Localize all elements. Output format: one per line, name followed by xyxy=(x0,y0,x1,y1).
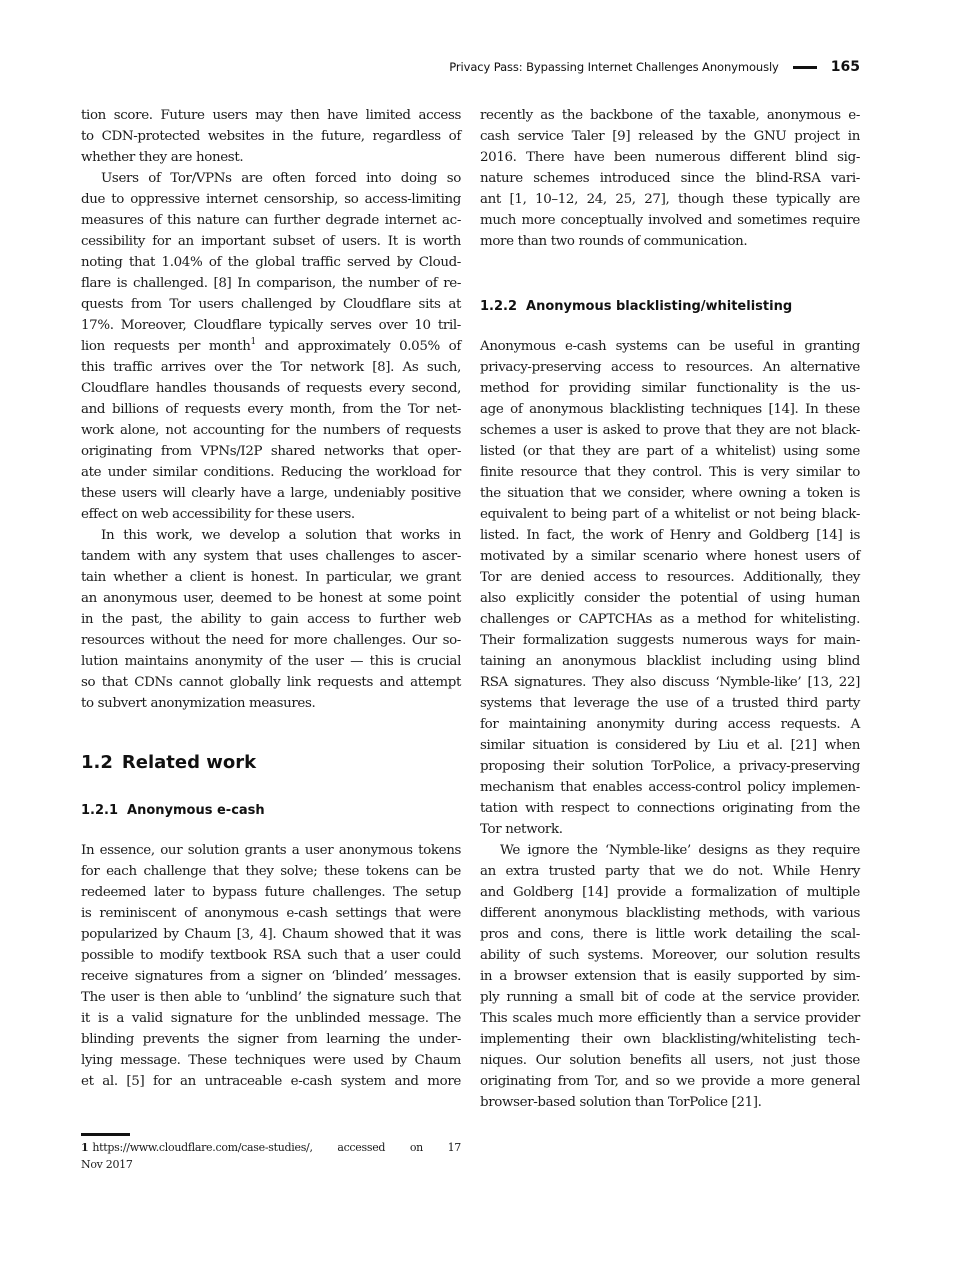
text-line: Anonymous e-cash systems can be useful i… xyxy=(480,336,860,357)
text-line: We ignore the ‘Nymble-like’ designs as t… xyxy=(480,840,860,861)
subsection-heading-anonymous-ecash: 1.2.1Anonymous e-cash xyxy=(81,800,265,821)
section-title: Related work xyxy=(122,752,256,773)
text-line: 17%. Moreover, Cloudflare typically serv… xyxy=(81,315,461,336)
text-line: it is a valid signature for the unblinde… xyxy=(81,1008,461,1029)
text-line: privacy-preserving access to resources. … xyxy=(480,357,860,378)
text-line: tain whether a client is honest. In part… xyxy=(81,567,461,588)
paragraph: In essence, our solution grants a user a… xyxy=(81,840,461,1092)
text-line: In essence, our solution grants a user a… xyxy=(81,840,461,861)
section-number: 1.2 xyxy=(81,752,113,773)
section-heading-related-work: 1.2Related work xyxy=(81,752,256,773)
text-line: systems that leverage the use of a trust… xyxy=(480,693,860,714)
text-line: due to oppressive internet censorship, s… xyxy=(81,189,461,210)
paragraph: In this work, we develop a solution that… xyxy=(81,525,461,714)
text-line: finite resource that they control. This … xyxy=(480,462,860,483)
text-line: Tor network. xyxy=(480,819,860,840)
text-line: and Goldberg [14] provide a formalizatio… xyxy=(480,882,860,903)
text-line: Their formalization suggests numerous wa… xyxy=(480,630,860,651)
text-line: Users of Tor/VPNs are often forced into … xyxy=(81,168,461,189)
page-number: 165 xyxy=(831,59,860,75)
text-line: popularized by Chaum [3, 4]. Chaum showe… xyxy=(81,924,461,945)
text-line: quests from Tor users challenged by Clou… xyxy=(81,294,461,315)
text-line: schemes a user is asked to prove that th… xyxy=(480,420,860,441)
subsection-number: 1.2.1 xyxy=(81,803,118,818)
text-line: 2016. There have been numerous different… xyxy=(480,147,860,168)
running-title: Privacy Pass: Bypassing Internet Challen… xyxy=(449,60,779,74)
subsection-number: 1.2.2 xyxy=(480,299,517,314)
text-line: taining an anonymous blacklist including… xyxy=(480,651,860,672)
text-line: and billions of requests every month, fr… xyxy=(81,399,461,420)
text-line: also explicitly consider the potential o… xyxy=(480,588,860,609)
running-header: Privacy Pass: Bypassing Internet Challen… xyxy=(300,57,860,77)
text-line: niques. Our solution benefits all users,… xyxy=(480,1050,860,1071)
paragraph: recently as the backbone of the taxable,… xyxy=(480,105,860,252)
paragraph: Users of Tor/VPNs are often forced into … xyxy=(81,168,461,525)
text-line: et al. [5] for an untraceable e-cash sys… xyxy=(81,1071,461,1092)
text-line: lying message. These techniques were use… xyxy=(81,1050,461,1071)
text-line: blinding prevents the signer from learni… xyxy=(81,1029,461,1050)
footnote-number: 1 xyxy=(81,1141,88,1154)
text-line: tandem with any system that uses challen… xyxy=(81,546,461,567)
subsection-heading-anonymous-blacklisting: 1.2.2Anonymous blacklisting/whitelisting xyxy=(480,296,792,317)
text-line: tation with respect to connections origi… xyxy=(480,798,860,819)
text-line: an anonymous user, deemed to be honest a… xyxy=(81,588,461,609)
footnote-url[interactable]: https://www.cloudflare.com/case-studies/… xyxy=(92,1141,461,1154)
subsection-title: Anonymous e-cash xyxy=(127,803,265,818)
text-line: in the past, the ability to gain access … xyxy=(81,609,461,630)
text-line: an extra trusted party that we do not. W… xyxy=(480,861,860,882)
text-line: proposing their solution TorPolice, a pr… xyxy=(480,756,860,777)
text-line: mechanism that enables access-control po… xyxy=(480,777,860,798)
text-line: for maintaining anonymity during access … xyxy=(480,714,860,735)
text-line-with-footnote: lion requests per month1 and approximate… xyxy=(81,336,461,357)
text-line: cessibility for an important subset of u… xyxy=(81,231,461,252)
text-line: nature schemes introduced since the blin… xyxy=(480,168,860,189)
text-line: This scales much more efficiently than a… xyxy=(480,1008,860,1029)
header-rule xyxy=(793,66,817,69)
text-line: originating from Tor, and so we provide … xyxy=(480,1071,860,1092)
text-line: method for providing similar functionali… xyxy=(480,378,860,399)
text-line: whether they are honest. xyxy=(81,147,461,168)
text-line: these users will clearly have a large, u… xyxy=(81,483,461,504)
text-line: ply running a small bit of code at the s… xyxy=(480,987,860,1008)
text-line: age of anonymous blacklisting techniques… xyxy=(480,399,860,420)
text-line: different anonymous blacklisting methods… xyxy=(480,903,860,924)
text-line: receive signatures from a signer on ‘bli… xyxy=(81,966,461,987)
footnote-rule xyxy=(81,1133,130,1136)
text-line: much more conceptually involved and some… xyxy=(480,210,860,231)
paragraph: We ignore the ‘Nymble-like’ designs as t… xyxy=(480,840,860,1113)
text-line: measures of this nature can further degr… xyxy=(81,210,461,231)
text-line: this traffic arrives over the Tor networ… xyxy=(81,357,461,378)
text-line: listed (or that they are part of a white… xyxy=(480,441,860,462)
text-line: RSA signatures. They also discuss ‘Nymbl… xyxy=(480,672,860,693)
text-line: ability of such systems. Moreover, our s… xyxy=(480,945,860,966)
footnote-line: Nov 2017 xyxy=(81,1156,461,1173)
text-line: originating from VPNs/I2P shared network… xyxy=(81,441,461,462)
text-line: tion score. Future users may then have l… xyxy=(81,105,461,126)
text-line: ate under similar conditions. Reducing t… xyxy=(81,462,461,483)
text-line: is reminiscent of anonymous e-cash setti… xyxy=(81,903,461,924)
text-line: ant [1, 10–12, 24, 25, 27], though these… xyxy=(480,189,860,210)
text-line: In this work, we develop a solution that… xyxy=(81,525,461,546)
text-line: listed. In fact, the work of Henry and G… xyxy=(480,525,860,546)
text-line: equivalent to being part of a whitelist … xyxy=(480,504,860,525)
text-line: browser-based solution than TorPolice [2… xyxy=(480,1092,860,1113)
text-line: lution maintains anonymity of the user —… xyxy=(81,651,461,672)
text-line: to subvert anonymization measures. xyxy=(81,693,461,714)
text-line: cash service Taler [9] released by the G… xyxy=(480,126,860,147)
text-line: effect on web accessibility for these us… xyxy=(81,504,461,525)
text-line: similar situation is considered by Liu e… xyxy=(480,735,860,756)
paragraph: Anonymous e-cash systems can be useful i… xyxy=(480,336,860,840)
text-line: possible to modify textbook RSA such tha… xyxy=(81,945,461,966)
paragraph: tion score. Future users may then have l… xyxy=(81,105,461,168)
text-line: implementing their own blacklisting/whit… xyxy=(480,1029,860,1050)
text-line: motivated by a similar scenario where ho… xyxy=(480,546,860,567)
text-line: more than two rounds of communication. xyxy=(480,231,860,252)
text-line: Cloudflare handles thousands of requests… xyxy=(81,378,461,399)
text-line: Tor are denied access to resources. Addi… xyxy=(480,567,860,588)
footnote: 1https://www.cloudflare.com/case-studies… xyxy=(81,1139,461,1173)
text-line: challenges or CAPTCHAs as a method for w… xyxy=(480,609,860,630)
text-line: for each challenge that they solve; thes… xyxy=(81,861,461,882)
text-line: to CDN-protected websites in the future,… xyxy=(81,126,461,147)
text-line: pros and cons, there is little work deta… xyxy=(480,924,860,945)
text-line: recently as the backbone of the taxable,… xyxy=(480,105,860,126)
text-fragment: lion requests per month xyxy=(81,339,250,354)
text-line: so that CDNs cannot globally link reques… xyxy=(81,672,461,693)
text-fragment: and approximately 0.05% of xyxy=(256,339,461,354)
text-line: resources without the need for more chal… xyxy=(81,630,461,651)
text-line: noting that 1.04% of the global traffic … xyxy=(81,252,461,273)
text-line: the situation that we consider, where ow… xyxy=(480,483,860,504)
text-line: work alone, not accounting for the numbe… xyxy=(81,420,461,441)
subsection-title: Anonymous blacklisting/whitelisting xyxy=(526,299,792,314)
text-line: in a browser extension that is easily su… xyxy=(480,966,860,987)
text-line: The user is then able to ‘unblind’ the s… xyxy=(81,987,461,1008)
text-line: flare is challenged. [8] In comparison, … xyxy=(81,273,461,294)
footnote-line: 1https://www.cloudflare.com/case-studies… xyxy=(81,1139,461,1156)
text-line: redeemed later to bypass future challeng… xyxy=(81,882,461,903)
